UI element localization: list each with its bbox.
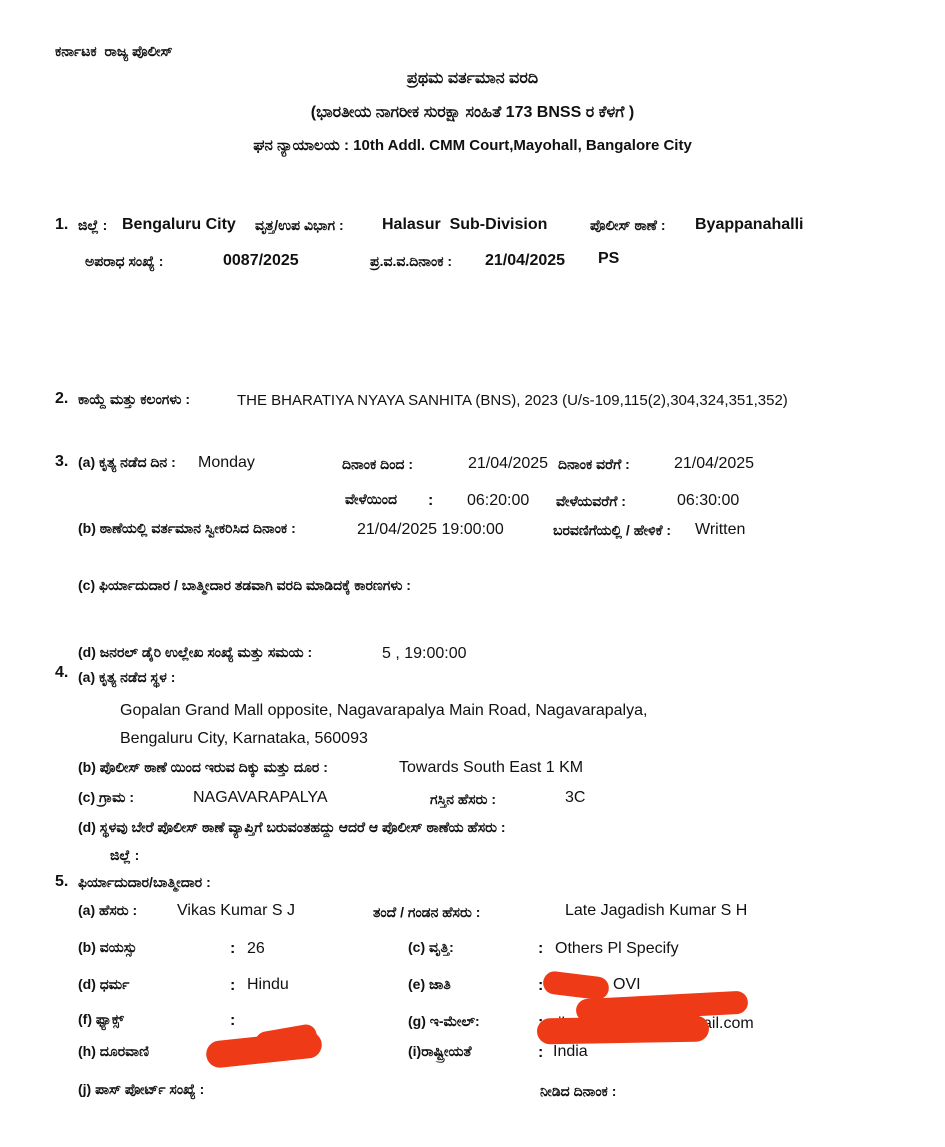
passport-number-label: (j) ಪಾಸ್ ಪೋರ್ಟ್ ಸಂಖ್ಯೆ : [78,1082,204,1097]
date-from-value: 21/04/2025 [468,455,548,473]
time-from-value: 06:20:00 [467,492,529,510]
fir-document-page: ಕರ್ನಾಟಕ ರಾಜ್ಯ ಪೊಲೀಸ್ ಪ್ರಥಮ ವರ್ತಮಾನ ವರದಿ … [0,0,945,1147]
written-oral-label: ಬರವಣಿಗೆಯಲ್ಲಿ / ಹೇಳಿಕೆ : [553,523,671,538]
redaction-email-stroke-lower [537,1016,709,1045]
district-value: Bengaluru City [122,216,236,234]
occupation-label: (c) ವೃತ್ತಿ: [408,940,454,955]
age-colon: : [230,940,235,958]
date-to-label: ದಿನಾಂಕ ವರೆಗೆ : [558,457,630,472]
written-oral-value: Written [695,521,745,539]
section-3-number: 3. [55,453,68,471]
village-label: (c) ಗ್ರಾಮ : [78,790,134,805]
caste-label: (e) ಜಾತಿ [408,977,451,992]
occurrence-day-label: (a) ಕೃತ್ಯ ನಡೆದ ದಿನ : [78,455,176,470]
delay-reason-label: (c) ಫಿರ್ಯಾದುದಾರ / ಬಾತ್ಮೀದಾರ ತಡವಾಗಿ ವರದಿ … [78,578,411,593]
other-ps-jurisdiction-label: (d) ಸ್ಥಳವು ಬೇರೆ ಪೊಲೀಸ್ ಠಾಣೆ ವ್ಯಾಪ್ತಿಗೆ ಬ… [78,820,506,835]
section-4-number: 4. [55,664,68,682]
doc-title: ಪ್ರಥಮ ವರ್ತಮಾನ ವರದಿ [0,70,945,88]
fax-label: (f) ಫ್ಯಾಕ್ಸ್ [78,1012,124,1027]
time-from-colon: : [428,492,433,510]
section-5-number: 5. [55,873,68,891]
name-value: Vikas Kumar S J [177,902,295,920]
org-name: ಕರ್ನಾಟಕ ರಾಜ್ಯ ಪೊಲೀಸ್ [55,44,173,59]
division-value: Halasur Sub-Division [382,216,547,234]
division-label: ವೃತ್ತ/ಉಪ ವಿಭಾಗ : [255,218,344,233]
section-1-number: 1. [55,216,68,234]
religion-colon: : [230,977,235,995]
gd-reference-label: (d) ಜನರಲ್ ಡೈರಿ ಉಲ್ಲೇಖ ಸಂಖ್ಯೆ ಮತ್ತು ಸಮಯ : [78,645,312,660]
beat-label: ಗಸ್ತಿನ ಹೆಸರು : [430,792,496,807]
fax-colon: : [230,1012,235,1030]
occurrence-address-line2: Bengaluru City, Karnataka, 560093 [120,730,368,748]
religion-label: (d) ಧರ್ಮ [78,977,129,992]
acts-sections-value: THE BHARATIYA NYAYA SANHITA (BNS), 2023 … [237,393,788,410]
acts-sections-label: ಕಾಯ್ದೆ ಮತ್ತು ಕಲಂಗಳು : [78,392,190,407]
complainant-heading: ಫಿರ್ಯಾದುದಾರ/ಬಾತ್ಮೀದಾರ : [78,875,211,890]
redaction-caste [542,970,610,1001]
police-station-label: ಪೊಲೀಸ್ ಠಾಣೆ : [590,218,666,233]
beat-value: 3C [565,789,585,807]
occurrence-address-line1: Gopalan Grand Mall opposite, Nagavarapal… [120,702,647,720]
date-from-label: ದಿನಾಂಕ ದಿಂದ : [342,457,413,472]
father-husband-value: Late Jagadish Kumar S H [565,902,747,920]
police-station-value-line2: PS [598,250,619,268]
court-line: ಘನ ನ್ಯಾಯಾಲಯ : 10th Addl. CMM Court,Mayoh… [0,138,945,155]
gd-reference-value: 5 , 19:00:00 [382,645,467,663]
other-ps-district-label: ಜಿಲ್ಲೆ : [110,848,139,863]
father-husband-label: ತಂದೆ / ಗಂಡನ ಹೆಸರು : [373,905,480,920]
email-label: (g) ಇ-ಮೇಲ್: [408,1014,480,1029]
date-to-value: 21/04/2025 [674,455,754,473]
nationality-label: (i)ರಾಷ್ಟ್ರೀಯತೆ [408,1044,472,1059]
crime-number-value: 0087/2025 [223,252,299,270]
occurrence-day-value: Monday [198,454,255,472]
fir-date-label: ಪ್ರ.ವ.ವ.ದಿನಾಂಕ : [370,254,452,269]
village-value: NAGAVARAPALYA [193,789,328,807]
crime-number-label: ಅಪರಾಧ ಸಂಖ್ಯೆ : [85,254,163,269]
nationality-colon: : [538,1044,543,1062]
info-received-label: (b) ಠಾಣೆಯಲ್ಲಿ ವರ್ತಮಾನ ಸ್ವೀಕರಿಸಿದ ದಿನಾಂಕ … [78,521,296,536]
section-2-number: 2. [55,390,68,408]
age-label: (b) ವಯಸ್ಸು [78,940,137,955]
doc-subtitle: (ಭಾರತೀಯ ನಾಗರೀಕ ಸುರಕ್ಷಾ ಸಂಹಿತೆ 173 BNSS ರ… [0,104,945,122]
caste-visible-text: OVI [613,976,641,994]
name-label: (a) ಹೆಸರು : [78,903,137,918]
occurrence-place-label: (a) ಕೃತ್ಯ ನಡೆದ ಸ್ಥಳ : [78,670,175,685]
info-received-value: 21/04/2025 19:00:00 [357,521,504,539]
email-visible-suffix: ail.com [703,1015,754,1033]
passport-issue-date-label: ನೀಡಿದ ದಿನಾಂಕ : [540,1084,616,1099]
phone-label: (h) ದೂರವಾಣಿ [78,1044,149,1059]
occupation-value: Others Pl Specify [555,940,679,958]
district-label: ಜಿಲ್ಲೆ : [78,218,107,233]
time-to-value: 06:30:00 [677,492,739,510]
religion-value: Hindu [247,976,289,994]
occupation-colon: : [538,940,543,958]
age-value: 26 [247,940,265,958]
time-to-label: ವೇಳೆಯವರೆಗೆ : [556,494,626,509]
fir-date-value: 21/04/2025 [485,252,565,270]
police-station-value-line1: Byappanahalli [695,216,803,234]
direction-distance-value: Towards South East 1 KM [399,759,583,777]
nationality-value: India [553,1043,588,1061]
direction-distance-label: (b) ಪೊಲೀಸ್ ಠಾಣೆ ಯಿಂದ ಇರುವ ದಿಕ್ಕು ಮತ್ತು ದ… [78,760,328,775]
time-from-label: ವೇಳೆಯಿಂದ [345,492,397,507]
